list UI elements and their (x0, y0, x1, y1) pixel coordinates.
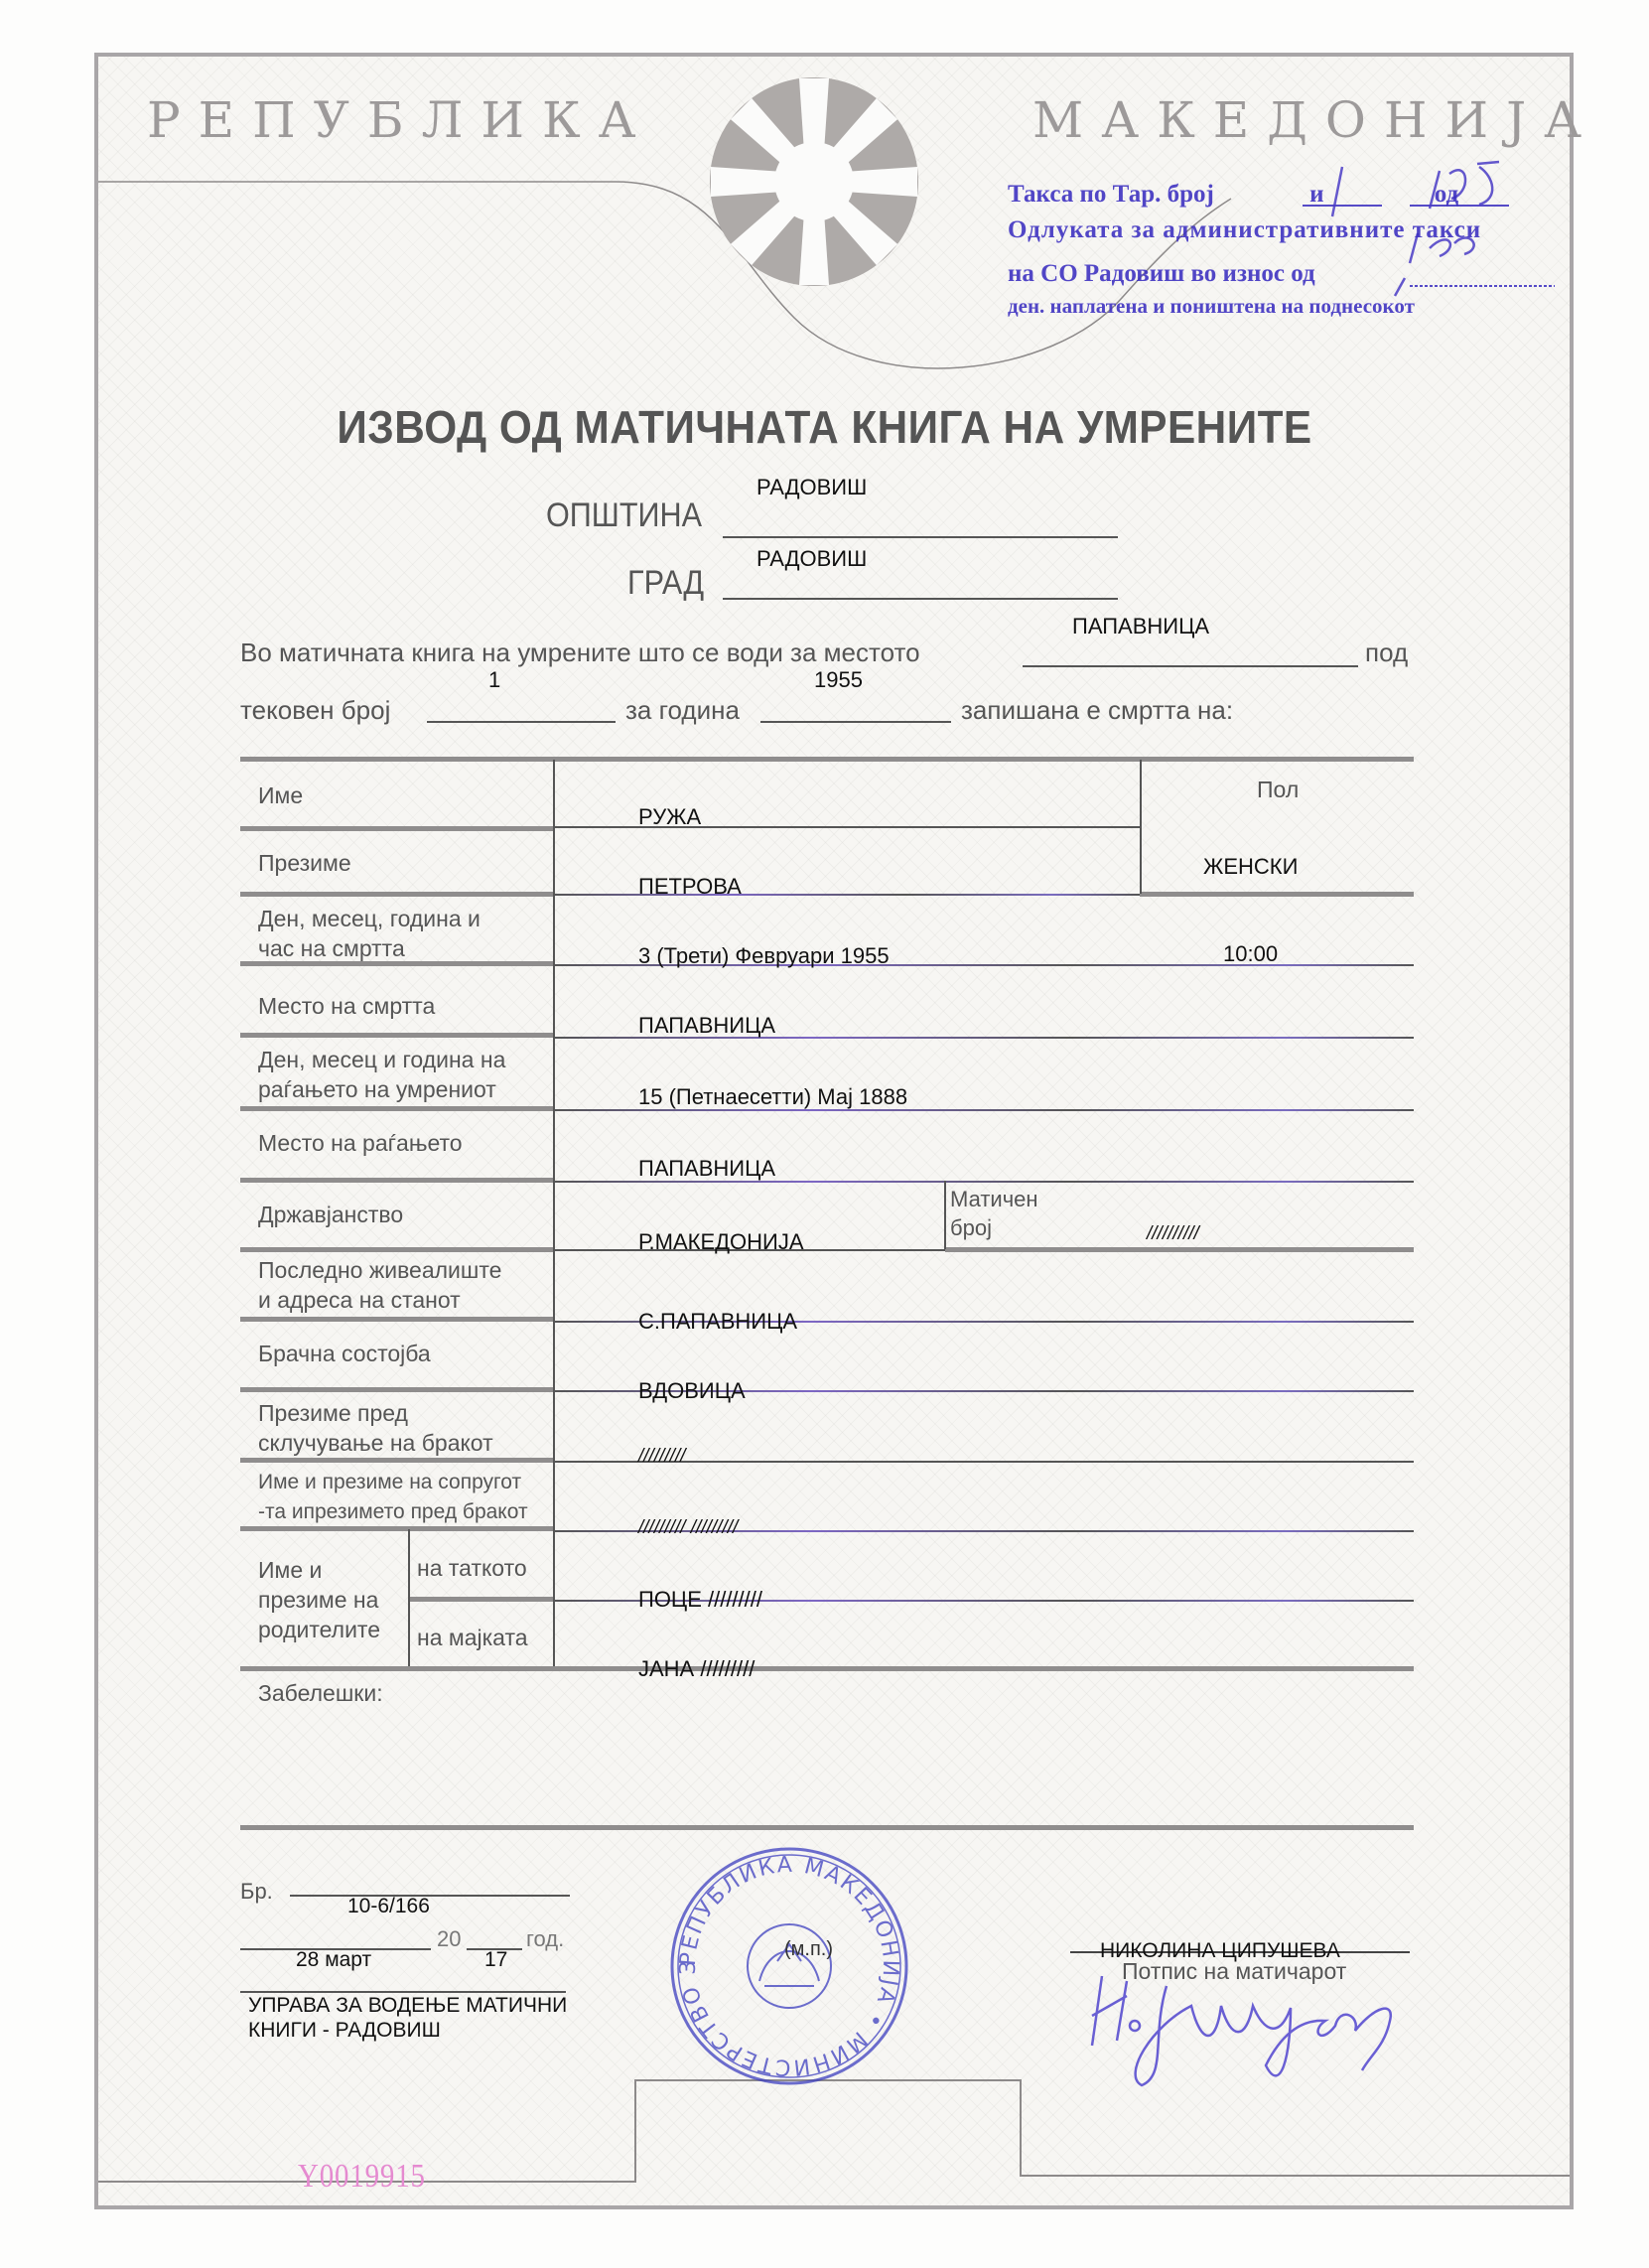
notes-label: Забелешки: (258, 1678, 383, 1708)
maiden-name-value: ///////// (638, 1446, 686, 1468)
year-line (760, 721, 951, 723)
year-prefix: 20 (437, 1926, 461, 1952)
death-time-value: 10:00 (1223, 941, 1278, 967)
serial-number: Y0019915 (298, 2158, 426, 2196)
place-line (1023, 665, 1358, 667)
intro-text1: Во матичната книга на умрените што се во… (240, 638, 920, 668)
surname-label: Презиме (258, 848, 351, 878)
header-republic: РЕПУБЛИКА (147, 91, 654, 149)
mother-value: ЈАНА ///////// (638, 1656, 755, 1682)
spouse-label: Име и презиме на сопругот-та ипрезимето … (258, 1468, 528, 1527)
city-value: РАДОВИШ (756, 546, 867, 572)
citizenship-value: Р.МАКЕДОНИЈА (638, 1229, 804, 1255)
header-macedonia: МАКЕДОНИЈА (1032, 91, 1599, 149)
year-value: 1955 (814, 667, 863, 693)
birth-date-value: 15 (Петнаесетти) Мај 1888 (638, 1084, 907, 1110)
intro-text3: тековен број (240, 695, 390, 726)
last-residence-label: Последно живеалиштеи адреса на станот (258, 1255, 501, 1315)
intro-text2: под (1365, 638, 1408, 668)
signature-label: Потпис на матичарот (1122, 1958, 1346, 1985)
page-title: ИЗВОД ОД МАТИЧНАТА КНИГА НА УМРЕНИТЕ (66, 400, 1582, 454)
city-label: ГРАД (627, 564, 704, 603)
birth-place-label: Место на раѓањето (258, 1128, 463, 1158)
citizenship-label: Државјанство (258, 1200, 403, 1229)
municipality-label: ОПШТИНА (546, 496, 702, 535)
mother-label: на мајката (417, 1623, 528, 1652)
registry-place-value: ПАПАВНИЦА (1072, 614, 1209, 639)
intro-text4: за година (625, 695, 740, 726)
father-value: ПОЦЕ ///////// (638, 1587, 762, 1613)
entry-number-value: 1 (488, 667, 500, 693)
death-date-label: Ден, месец, година ичас на смртта (258, 904, 481, 963)
death-place-label: Место на смртта (258, 991, 435, 1021)
year-suffix: год. (526, 1926, 564, 1952)
surname-value: ПЕТРОВА (638, 874, 742, 900)
decorations: РЕПУБЛИКА МАКЕДОНИЈА • МИНИСТЕРСТВО ЗА П… (0, 0, 1649, 2268)
municipality-value: РАДОВИШ (756, 475, 867, 500)
issue-date-value: 28 март (296, 1948, 371, 1972)
first-name-label: Име (258, 780, 303, 810)
city-line (723, 598, 1118, 600)
fee-stamp-line1: Такса по Тар. број и од (1008, 181, 1564, 209)
death-date-value: 3 (Трети) Февруари 1955 (638, 943, 890, 969)
seal-label: (м.п.) (784, 1938, 833, 1961)
birth-place-value: ПАПАВНИЦА (638, 1156, 775, 1182)
issuing-authority: УПРАВА ЗА ВОДЕЊЕ МАТИЧНИКНИГИ - РАДОВИШ (248, 1993, 567, 2043)
fee-stamp-line3: на СО Радовиш во износ од (1008, 260, 1564, 288)
spouse-value: ///////// ///////// (638, 1517, 738, 1539)
marital-status-value: ВДОВИЦА (638, 1378, 746, 1404)
personal-number-label: Матиченброј (950, 1185, 1038, 1242)
sex-value: ЖЕНСКИ (1203, 854, 1298, 880)
issue-year-value: 17 (484, 1948, 507, 1972)
municipality-line (723, 536, 1118, 538)
svg-text:РЕПУБЛИКА МАКЕДОНИЈА • МИНИСТЕ: РЕПУБЛИКА МАКЕДОНИЈА • МИНИСТЕРСТВО ЗА П… (676, 1853, 902, 2080)
sun-emblem-icon (710, 77, 918, 286)
death-place-value: ПАПАВНИЦА (638, 1013, 775, 1039)
last-residence-value: С.ПАПАВНИЦА (638, 1309, 797, 1335)
marital-status-label: Брачна состојба (258, 1339, 431, 1368)
sex-label: Пол (1257, 775, 1299, 804)
document-number-value: 10-6/166 (347, 1895, 430, 1918)
birth-date-label: Ден, месец и година нараѓањето на умрени… (258, 1045, 505, 1104)
parents-label: Име ипрезиме народителите (258, 1555, 380, 1644)
document-number-label: Бр. (240, 1879, 273, 1905)
signature-scribble (1092, 1976, 1391, 2085)
fee-stamp-line4: ден. наплатена и поништена на поднесокот (1008, 294, 1564, 319)
personal-number-value: ////////// (1147, 1223, 1199, 1245)
document-number-line (290, 1895, 570, 1897)
first-name-value: РУЖА (638, 804, 701, 830)
ministry-seal: РЕПУБЛИКА МАКЕДОНИЈА • МИНИСТЕРСТВО ЗА П… (672, 1849, 906, 2083)
father-label: на таткото (417, 1553, 527, 1583)
maiden-name-label: Презиме предсклучување на бракот (258, 1398, 493, 1458)
entry-line (427, 721, 616, 723)
fee-stamp-line2: Одлуката за административните такси (1008, 216, 1564, 244)
intro-text5: запишана е смртта на: (961, 695, 1233, 726)
